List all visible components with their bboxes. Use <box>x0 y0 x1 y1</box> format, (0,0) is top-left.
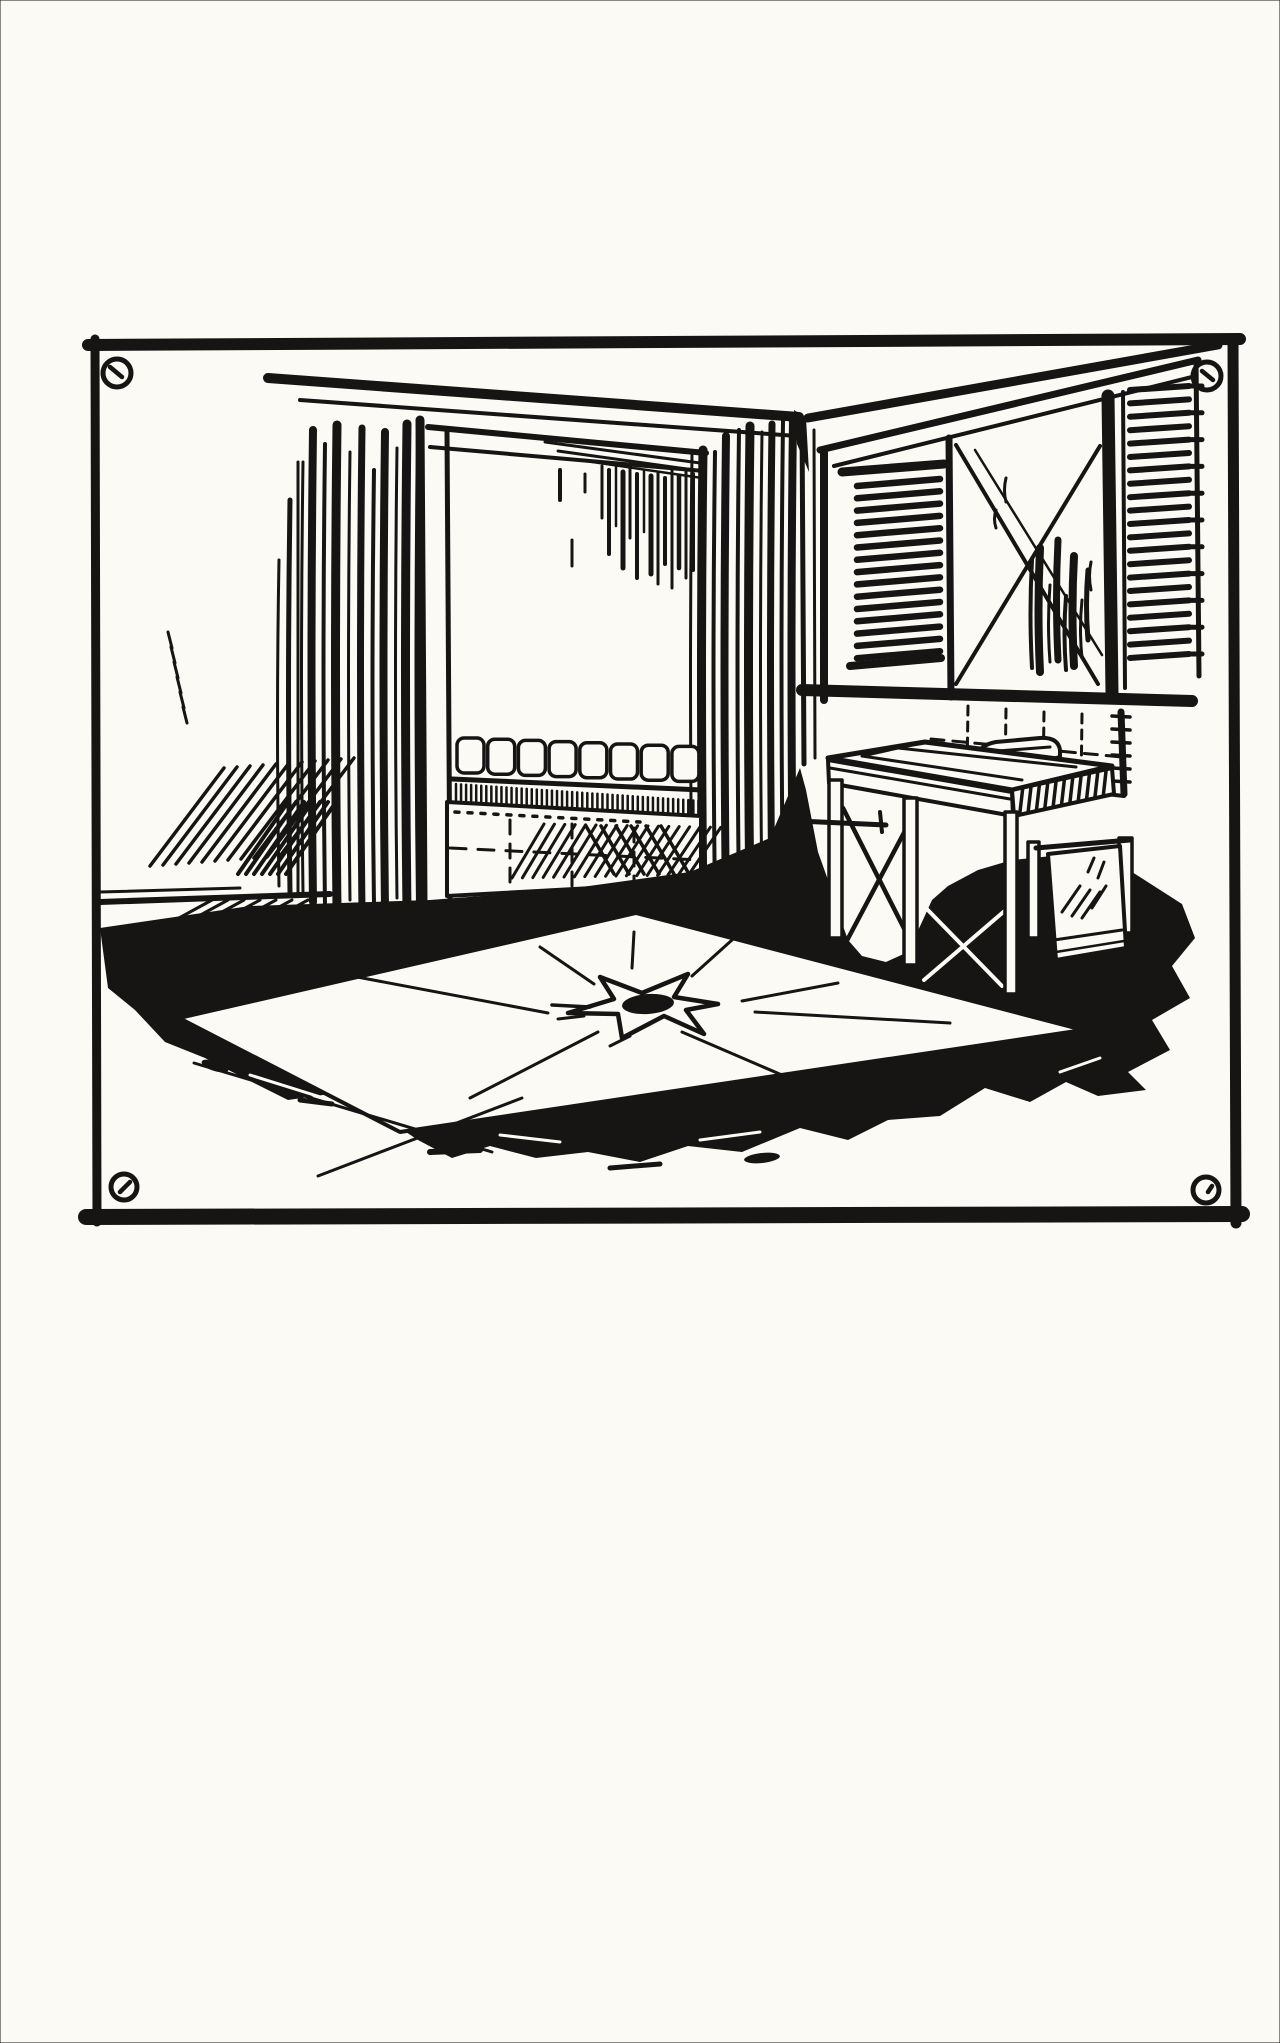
book-page: Black-and-white ink drawing of a room co… <box>0 0 1280 2043</box>
mullion-right-heavy <box>1108 396 1112 692</box>
frame-bottom <box>86 1214 1242 1217</box>
frame-right <box>1233 341 1236 1223</box>
frame-top <box>88 339 1240 345</box>
towel-rack-post-left <box>1028 842 1039 938</box>
window-seat <box>447 738 721 896</box>
corner-post-line <box>802 422 804 764</box>
towel-bar-left-cap <box>793 816 802 825</box>
towel-bar-left-bracket <box>880 812 882 832</box>
leg-front-right <box>904 798 917 965</box>
corner-post-inner-line <box>814 430 815 758</box>
leg-back-right <box>1005 812 1017 994</box>
illustration: Black-and-white ink drawing of a room co… <box>0 0 1280 2043</box>
left-jamb-outer <box>420 420 423 905</box>
frame-left <box>95 339 97 1222</box>
leg-front-left <box>829 780 842 938</box>
mullion-right-thin <box>1123 392 1125 688</box>
mullion-left <box>949 438 951 697</box>
